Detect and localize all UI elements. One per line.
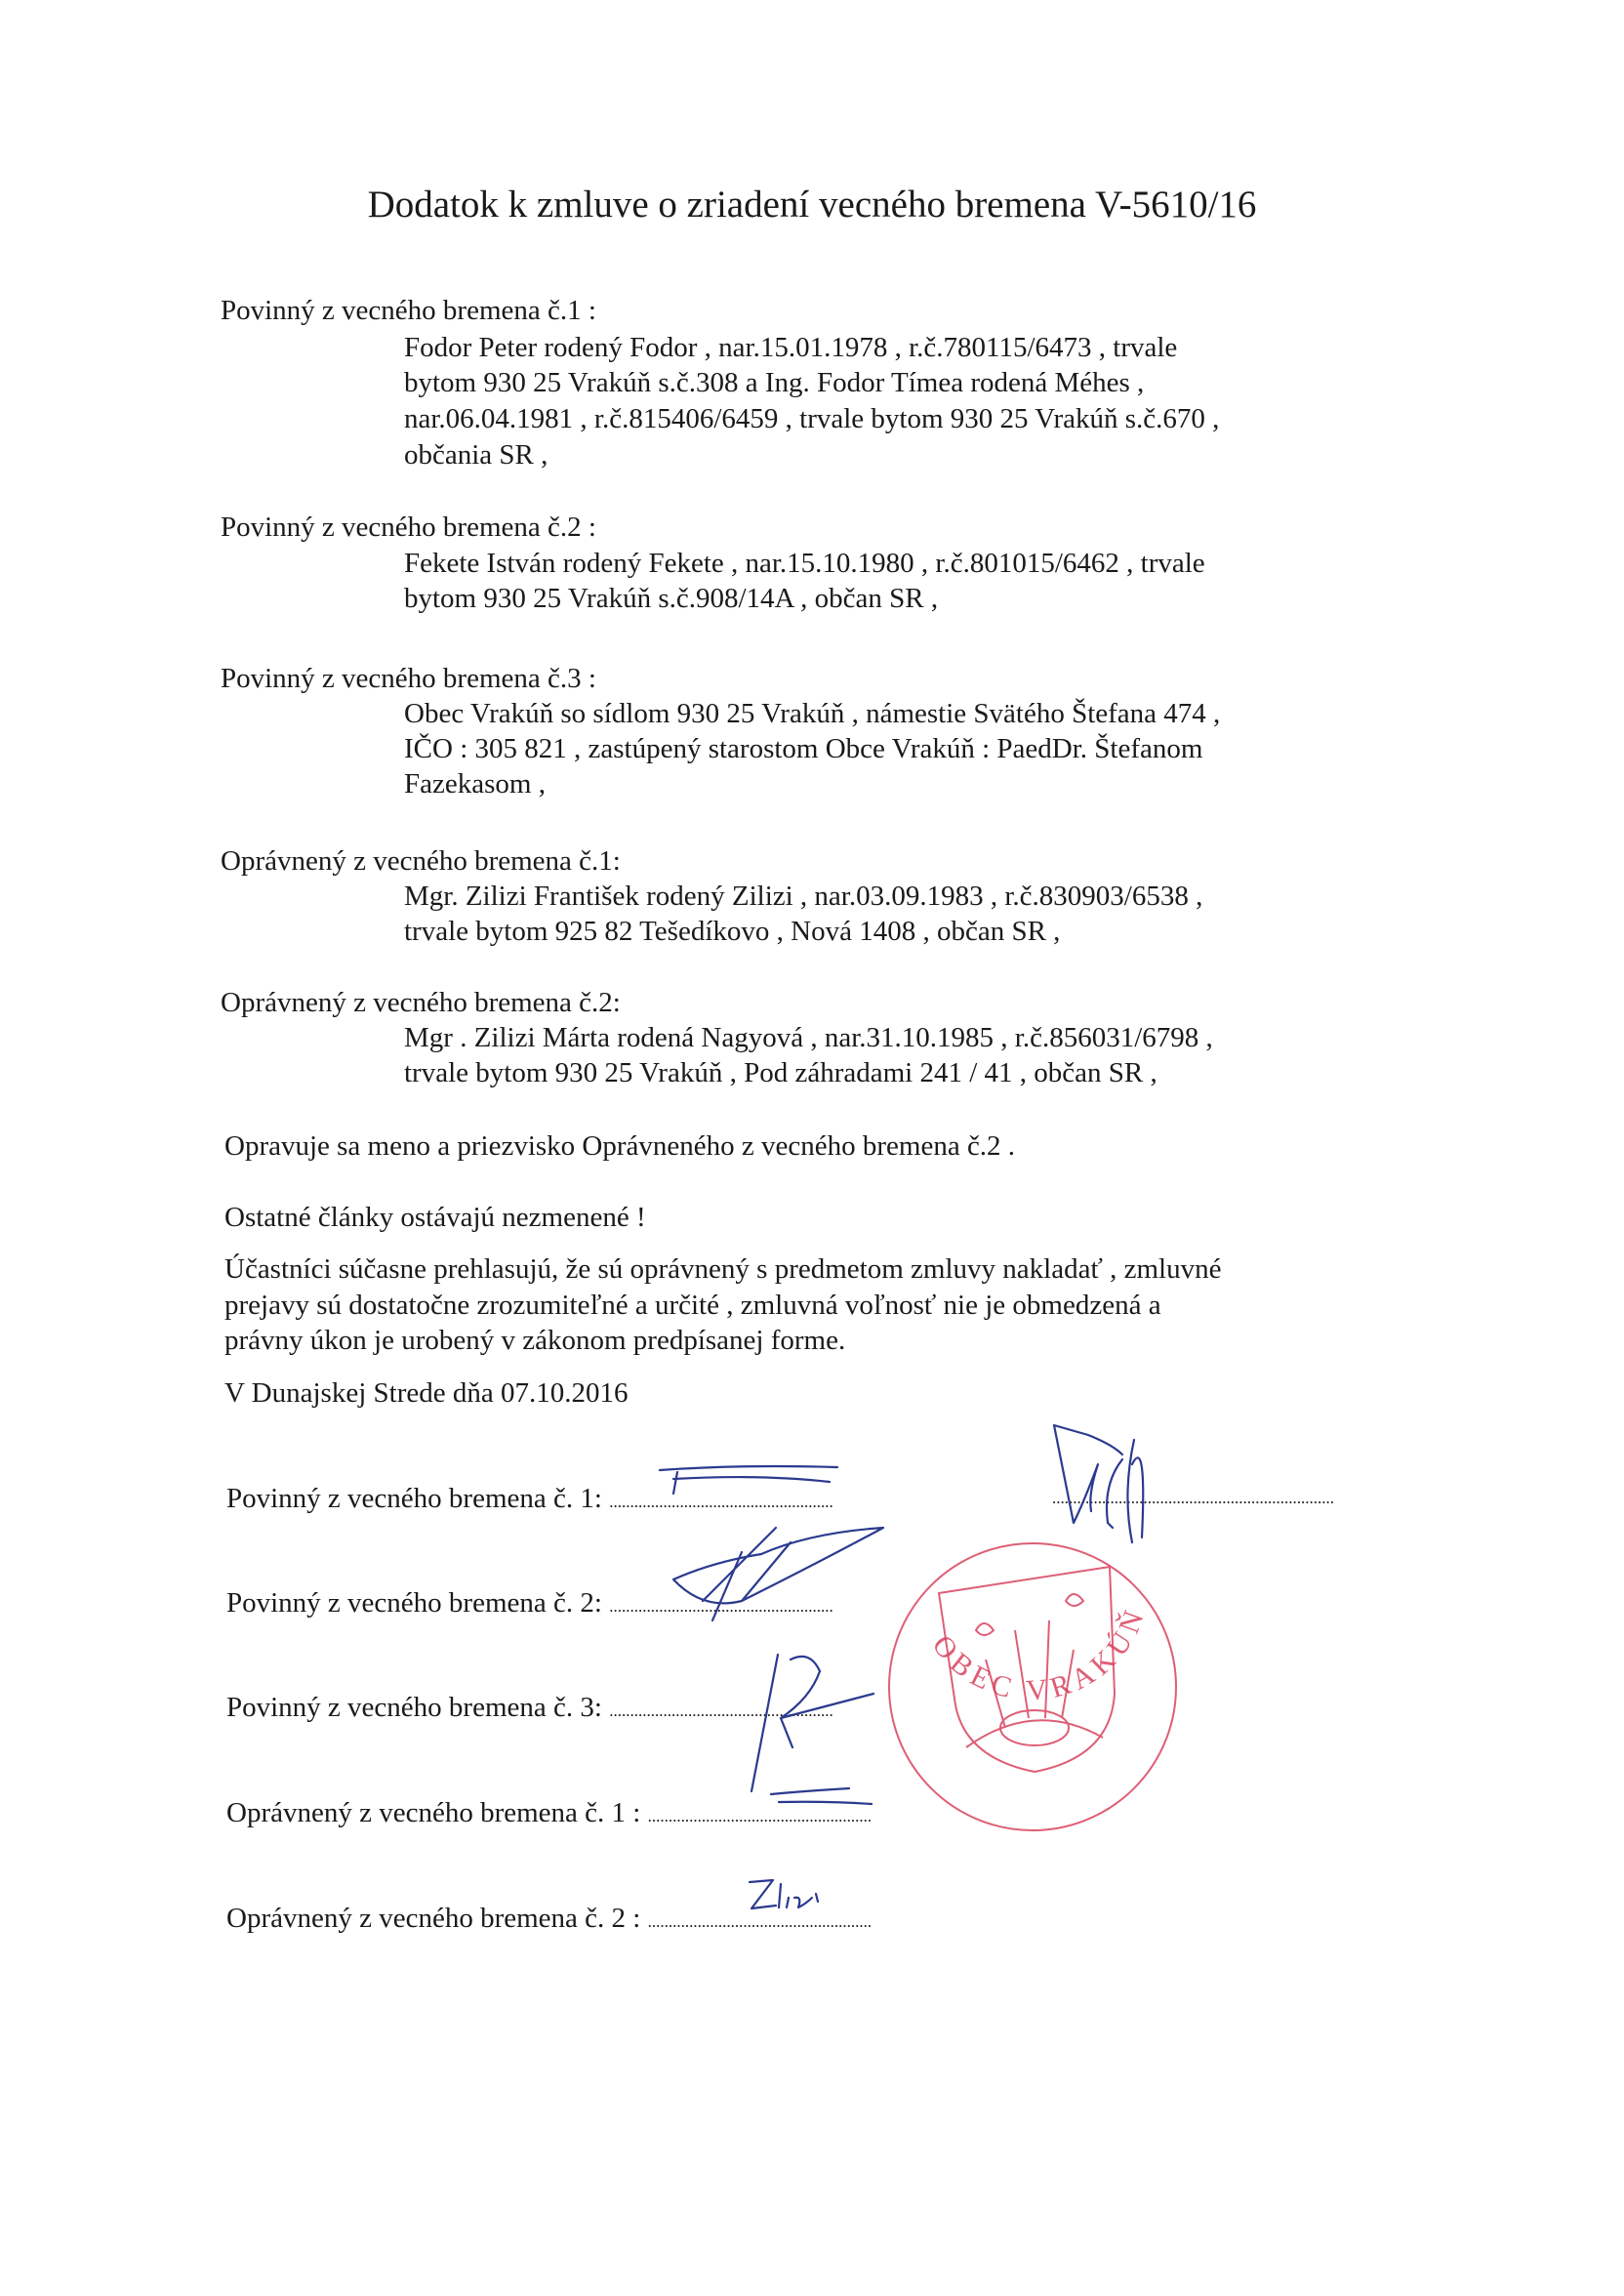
signature-2-stroke [673, 1528, 883, 1620]
signature-3-stroke [751, 1655, 873, 1804]
signature-5-stroke [750, 1880, 818, 1908]
signature-1a-stroke [660, 1466, 837, 1494]
signature-1b-stroke [1054, 1425, 1143, 1542]
handwritten-signatures [0, 0, 1624, 2296]
